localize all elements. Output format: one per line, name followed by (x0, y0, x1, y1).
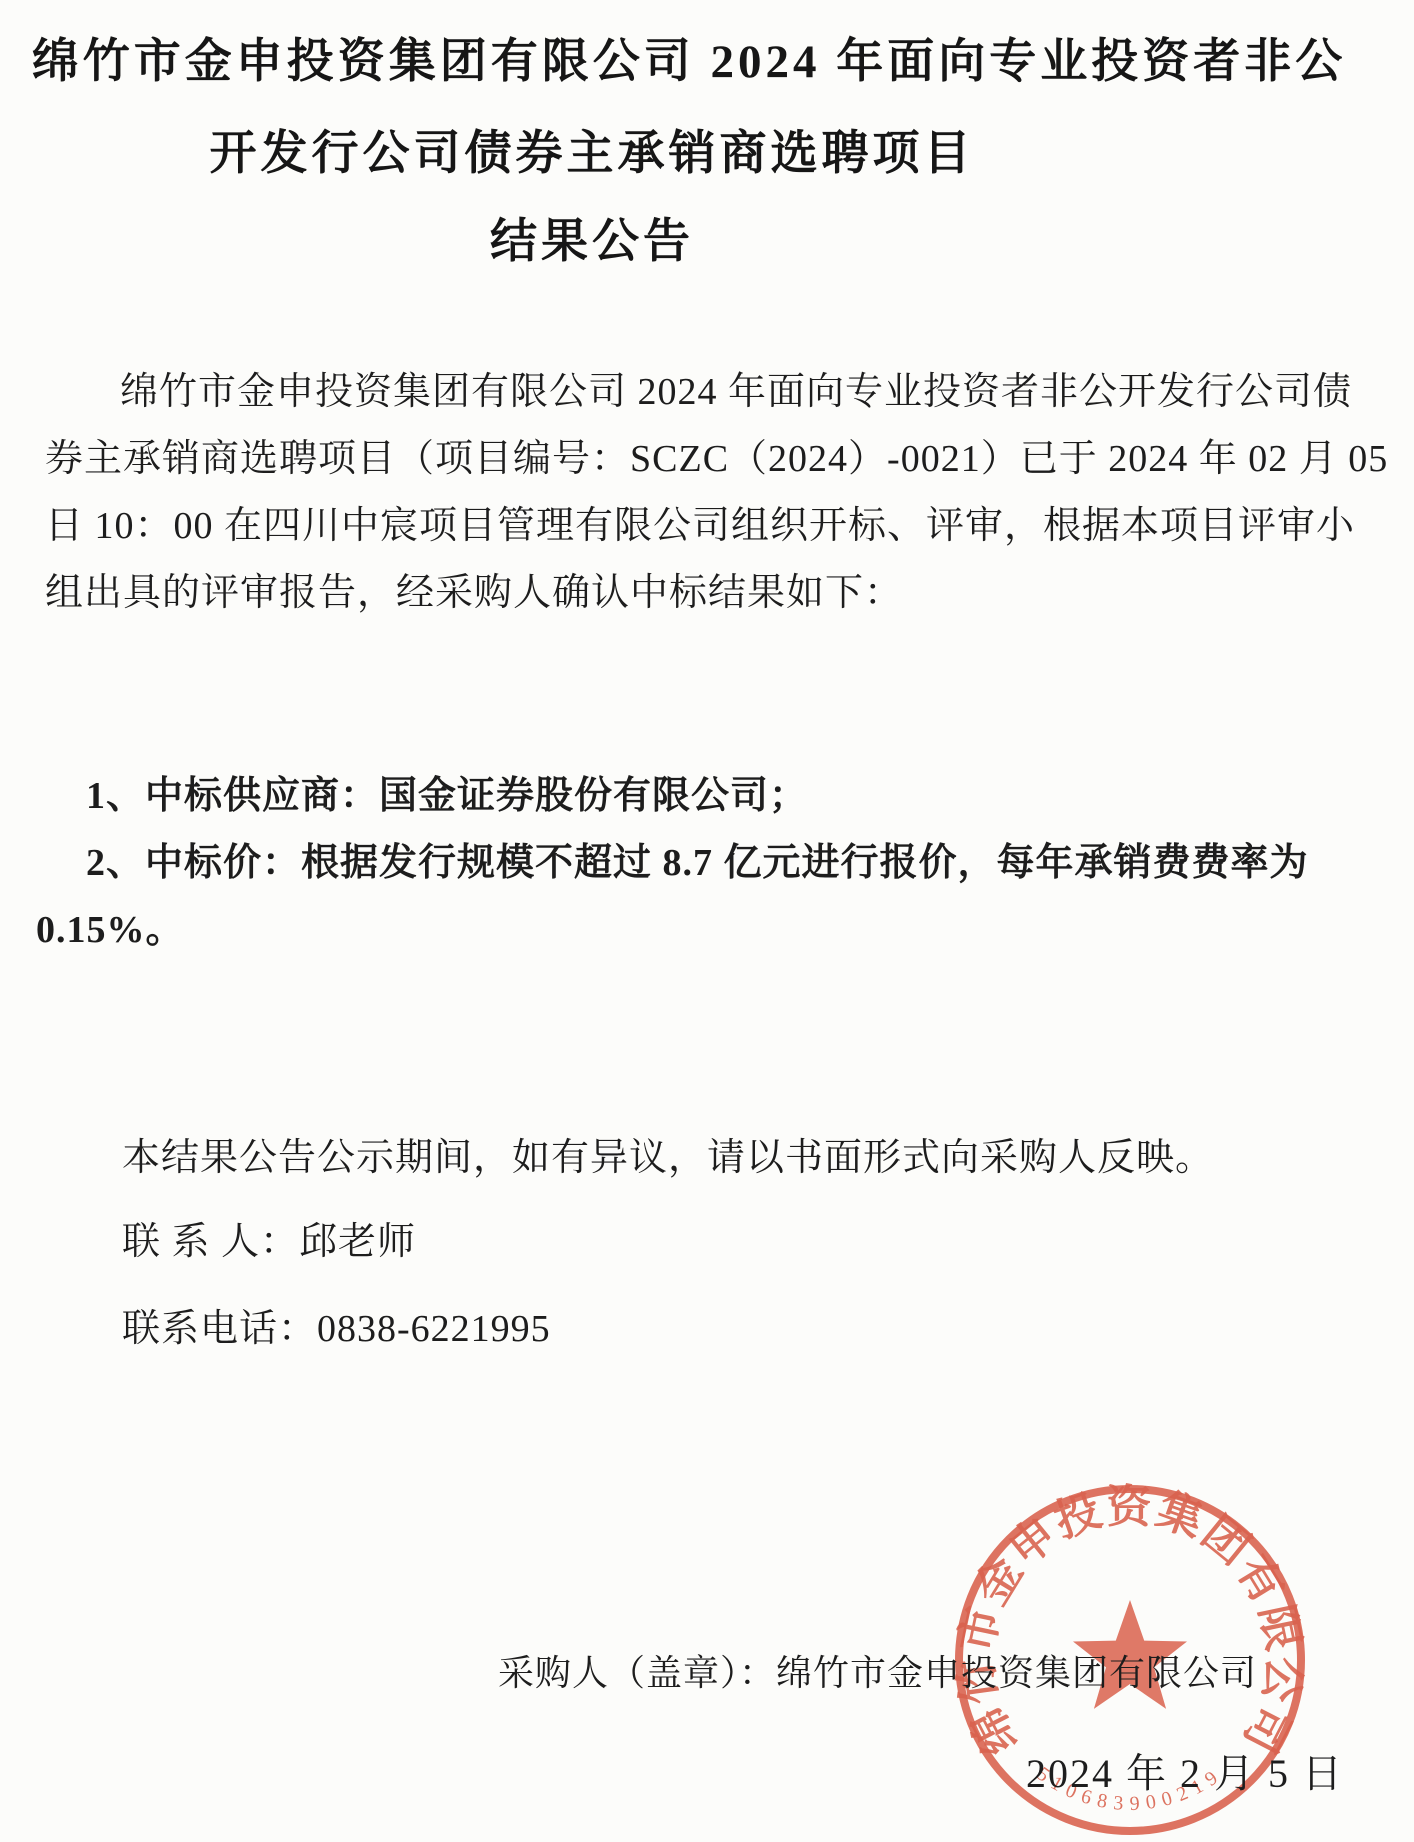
paragraph-line-2: 券主承销商选聘项目（项目编号：SCZC（2024）-0021）已于 2024 年… (45, 427, 1388, 482)
contact-phone-label: 联系电话： (122, 1308, 317, 1350)
paragraph-line-4: 组出具的评审报告，经采购人确认中标结果如下： (45, 561, 903, 616)
award-item-1: 1、中标供应商：国金证券股份有限公司； (86, 764, 808, 819)
doc-title-line-3: 结果公告 (0, 204, 1184, 271)
objection-notice: 本结果公告公示期间，如有异议，请以书面形式向采购人反映。 (122, 1126, 1214, 1181)
contact-person-value: 邱老师 (299, 1221, 416, 1263)
contact-person-row: 联 系 人：邱老师 (122, 1210, 416, 1265)
announcement-date: 2024 年 2 月 5 日 (1026, 1742, 1344, 1799)
paragraph-line-1: 绵竹市金申投资集团有限公司 2024 年面向专业投资者非公开发行公司债 (120, 360, 1352, 415)
contact-phone-value: 0838-6221995 (317, 1308, 551, 1350)
paragraph-line-3: 日 10：00 在四川中宸项目管理有限公司组织开标、评审，根据本项目评审小 (45, 494, 1355, 549)
document-page: 绵竹市金申投资集团有限公司 510683900219 绵竹市金申投资集团有限公司… (0, 0, 1414, 1842)
doc-title-line-1: 绵竹市金申投资集团有限公司 2024 年面向专业投资者非公 (0, 24, 1378, 91)
purchaser-seal-line: 采购人（盖章）：绵竹市金申投资集团有限公司 (498, 1645, 1257, 1696)
doc-title-line-2: 开发行公司债券主承销商选聘项目 (0, 116, 1184, 183)
award-item-2-line-2: 0.15%。 (36, 898, 185, 953)
award-item-2-line-1: 2、中标价：根据发行规模不超过 8.7 亿元进行报价，每年承销费费率为 (86, 831, 1309, 886)
contact-phone-row: 联系电话：0838-6221995 (122, 1297, 551, 1352)
contact-person-label: 联 系 人： (122, 1221, 299, 1263)
